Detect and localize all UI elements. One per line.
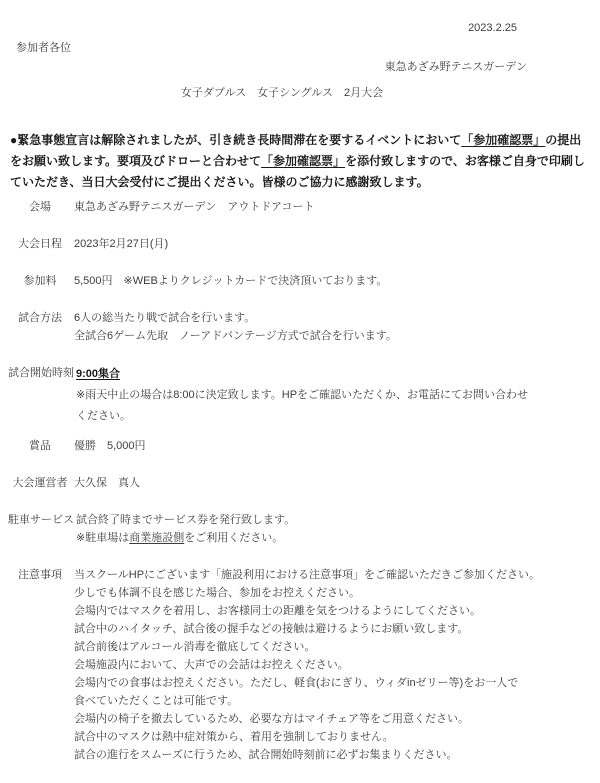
- field-row-parking: 駐車サービス 試合終了時までサービス券を発行致します。※駐車場は商業施設側をご利…: [0, 511, 600, 547]
- text-segment: 「参加確認票」: [461, 133, 545, 147]
- text-line: 9:00集合: [76, 364, 528, 385]
- field-label-format: 試合方法: [8, 309, 72, 327]
- field-value-start-time: 9:00集合※雨天中止の場合は8:00に決定致します。HPをご確認いただくか、お…: [76, 364, 528, 427]
- text-segment: 2023年2月27日(月): [74, 238, 168, 250]
- text-line: 2023年2月27日(月): [74, 235, 168, 253]
- text-line: ※雨天中止の場合は8:00に決定致します。HPをご確認いただくか、お電話にてお問…: [76, 385, 528, 406]
- text-segment: 会場施設内において、大声での会話はお控えください。: [74, 659, 349, 671]
- text-line: 優勝 5,000円: [74, 437, 146, 455]
- text-segment: 会場内の椅子を撤去しているため、必要な方はマイチェア等をご用意ください。: [74, 713, 469, 725]
- text-line: 試合前後はアルコール消毒を徹底してください。: [74, 638, 540, 656]
- text-segment: 優勝 5,000円: [74, 440, 146, 452]
- field-label-organizer: 大会運営者: [8, 474, 72, 492]
- text-segment: 東急あざみ野テニスガーデン アウトドアコート: [74, 201, 314, 213]
- field-row-format: 試合方法 6人の総当たり戦で試合を行います。全試合6ゲーム先取 ノーアドバンテー…: [0, 309, 600, 345]
- fields-section: 会場 東急あざみ野テニスガーデン アウトドアコート 大会日程 2023年2月27…: [0, 198, 600, 764]
- field-label-date: 大会日程: [8, 235, 72, 253]
- field-value-format: 6人の総当たり戦で試合を行います。全試合6ゲーム先取 ノーアドバンテージ方式で試…: [74, 309, 397, 345]
- text-line: 会場内での食事はお控えください。ただし、軽食(おにぎり、ウィダinゼリー等)をお…: [74, 674, 540, 692]
- text-segment: 商業施設側: [129, 532, 184, 544]
- field-label-fee: 参加料: [8, 272, 72, 290]
- text-line: 当スクールHPにございます「施設利用における注意事項」をご確認いただきご参加くだ…: [74, 566, 540, 584]
- field-row-fee: 参加料 5,500円 ※WEBよりクレジットカードで決済頂いております。: [0, 272, 600, 290]
- text-segment: 試合中のマスクは熱中症対策から、着用を強制しておりません。: [74, 731, 394, 743]
- text-segment: 試合中のハイタッチ、試合後の握手などの接触は避けるようにお願い致します。: [74, 623, 468, 635]
- field-label-prize: 賞品: [8, 437, 72, 455]
- text-line: 大久保 真人: [74, 474, 140, 492]
- text-line: 試合終了時までサービス券を発行致します。: [76, 511, 295, 529]
- text-segment: 食べていただくことは可能です。: [74, 695, 238, 707]
- text-segment: ※駐車場は: [76, 532, 129, 544]
- field-value-date: 2023年2月27日(月): [74, 235, 168, 253]
- field-value-parking: 試合終了時までサービス券を発行致します。※駐車場は商業施設側をご利用ください。: [76, 511, 295, 547]
- text-segment: 9:00集合: [76, 368, 120, 380]
- text-segment: 5,500円 ※WEBよりクレジットカードで決済頂いております。: [74, 275, 387, 287]
- text-segment: 当スクールHPにございます「施設利用における注意事項」をご確認いただきご参加くだ…: [74, 569, 540, 581]
- text-line: ●緊急事態宣言は解除されましたが、引き続き長時間滞在を要するイベントにおいて「参…: [10, 130, 588, 193]
- text-line: 6人の総当たり戦で試合を行います。: [74, 309, 397, 327]
- text-line: 少しでも体調不良を感じた場合、参加をお控えください。: [74, 584, 540, 602]
- document-title: 女子ダブルス 女子シングルス 2月大会: [0, 86, 600, 100]
- field-value-prize: 優勝 5,000円: [74, 437, 146, 455]
- field-label-notes: 注意事項: [8, 566, 72, 584]
- field-value-venue: 東急あざみ野テニスガーデン アウトドアコート: [74, 198, 314, 216]
- field-row-venue: 会場 東急あざみ野テニスガーデン アウトドアコート: [0, 198, 600, 216]
- text-line: 試合中のハイタッチ、試合後の握手などの接触は避けるようにお願い致します。: [74, 620, 540, 638]
- field-label-venue: 会場: [8, 198, 72, 216]
- text-line: 会場内ではマスクを着用し、お客様同士の距離を気をつけるようにしてください。: [74, 602, 540, 620]
- text-line: 試合中のマスクは熱中症対策から、着用を強制しておりません。: [74, 728, 540, 746]
- text-segment: 試合前後はアルコール消毒を徹底してください。: [74, 641, 315, 653]
- field-row-prize: 賞品 優勝 5,000円: [0, 437, 600, 455]
- text-segment: ください。: [76, 410, 131, 422]
- organization-name: 東急あざみ野テニスガーデン: [0, 60, 600, 74]
- text-line: 会場施設内において、大声での会話はお控えください。: [74, 656, 540, 674]
- text-segment: 会場内での食事はお控えください。ただし、軽食(おにぎり、ウィダinゼリー等)をお…: [74, 677, 518, 689]
- notice-paragraph: ●緊急事態宣言は解除されましたが、引き続き長時間滞在を要するイベントにおいて「参…: [10, 130, 588, 193]
- text-line: 試合の進行をスムーズに行うため、試合開始時刻前に必ずお集まりください。: [74, 746, 540, 764]
- text-line: 食べていただくことは可能です。: [74, 692, 540, 710]
- text-segment: 会場内ではマスクを着用し、お客様同士の距離を気をつけるようにしてください。: [74, 605, 481, 617]
- field-value-fee: 5,500円 ※WEBよりクレジットカードで決済頂いております。: [74, 272, 387, 290]
- text-segment: 試合終了時までサービス券を発行致します。: [76, 514, 295, 526]
- text-line: ※駐車場は商業施設側をご利用ください。: [76, 529, 295, 547]
- text-segment: 「参加確認票」: [261, 154, 345, 168]
- field-row-notes: 注意事項 当スクールHPにございます「施設利用における注意事項」をご確認いただき…: [0, 566, 600, 764]
- text-segment: をご利用ください。: [184, 532, 283, 544]
- text-line: 全試合6ゲーム先取 ノーアドバンテージ方式で試合を行います。: [74, 327, 397, 345]
- document-date: 2023.2.25: [0, 0, 600, 35]
- text-line: 東急あざみ野テニスガーデン アウトドアコート: [74, 198, 314, 216]
- text-line: 5,500円 ※WEBよりクレジットカードで決済頂いております。: [74, 272, 387, 290]
- field-value-notes: 当スクールHPにございます「施設利用における注意事項」をご確認いただきご参加くだ…: [74, 566, 540, 764]
- field-label-parking: 駐車サービス: [8, 511, 74, 529]
- text-segment: ※雨天中止の場合は8:00に決定致します。HPをご確認いただくか、お電話にてお問…: [76, 389, 528, 401]
- recipient-line: 参加者各位: [16, 41, 600, 55]
- text-segment: 試合の進行をスムーズに行うため、試合開始時刻前に必ずお集まりください。: [74, 749, 457, 761]
- field-row-organizer: 大会運営者 大久保 真人: [0, 474, 600, 492]
- document-page: 2023.2.25 参加者各位 東急あざみ野テニスガーデン 女子ダブルス 女子シ…: [0, 0, 600, 783]
- field-row-start-time: 試合開始時刻 9:00集合※雨天中止の場合は8:00に決定致します。HPをご確認…: [0, 364, 600, 427]
- field-row-date: 大会日程 2023年2月27日(月): [0, 235, 600, 253]
- text-line: 会場内の椅子を撤去しているため、必要な方はマイチェア等をご用意ください。: [74, 710, 540, 728]
- text-segment: ●緊急事態宣言は解除されましたが、引き続き長時間滞在を要するイベントにおいて: [10, 133, 461, 147]
- field-value-organizer: 大久保 真人: [74, 474, 140, 492]
- text-line: ください。: [76, 406, 528, 427]
- text-segment: 6人の総当たり戦で試合を行います。: [74, 312, 255, 324]
- text-segment: 大久保 真人: [74, 477, 140, 489]
- text-segment: 少しでも体調不良を感じた場合、参加をお控えください。: [74, 587, 360, 599]
- field-label-start-time: 試合開始時刻: [8, 364, 74, 382]
- text-segment: 全試合6ゲーム先取 ノーアドバンテージ方式で試合を行います。: [74, 330, 397, 342]
